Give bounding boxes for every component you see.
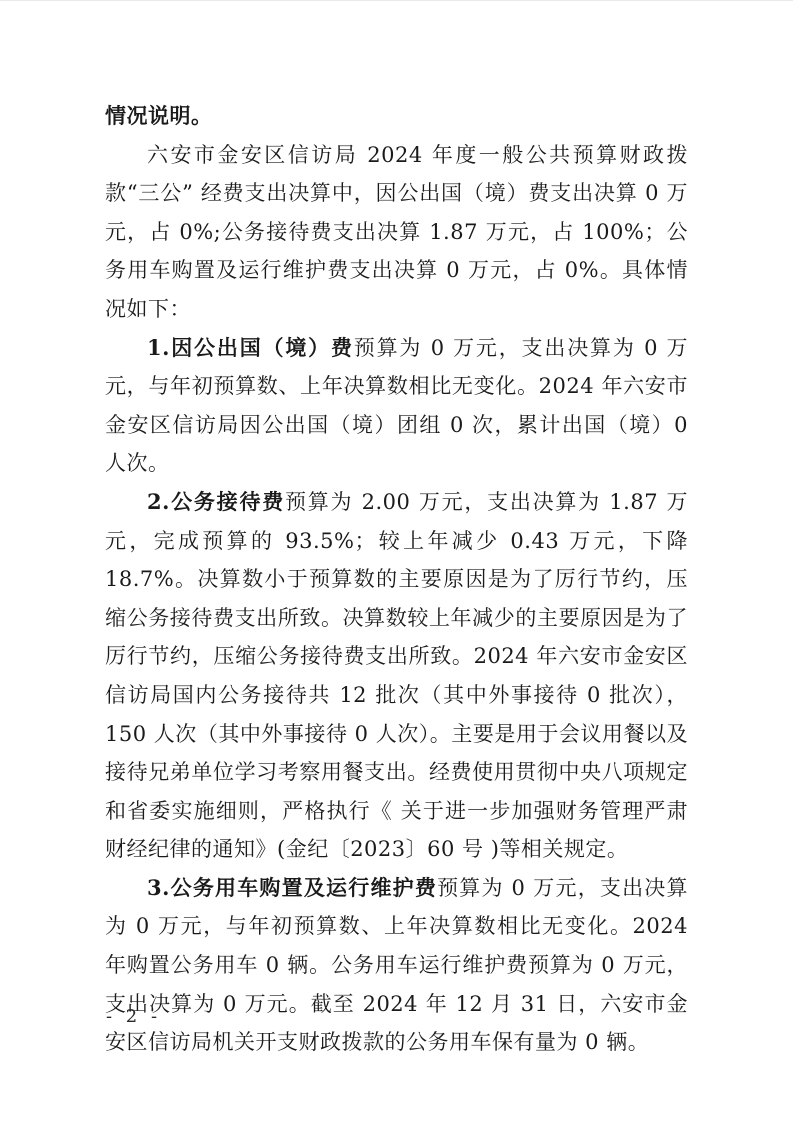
document-page: 情况说明。 六安市金安区信访局 2024 年度一般公共预算财政拨款“三公” 经费… [0,0,793,1122]
section-3-label: 3.公务用车购置及运行维护费 [147,875,437,900]
section-1-label: 1.因公出国（境）费 [147,335,354,360]
section-3-text: 预算为 0 万元，支出决算为 0 万元，与年初预算数、上年决算数相比无变化。20… [105,876,688,1054]
section-2-text: 预算为 2.00 万元，支出决算为 1.87 万元，完成预算的 93.5%；较上… [105,490,688,861]
paragraph-section-2: 2.公务接待费预算为 2.00 万元，支出决算为 1.87 万元，完成预算的 9… [105,483,688,869]
section-heading: 情况说明。 [105,97,688,136]
page-number: - 2 - [106,1003,161,1031]
paragraph-overview-text: 六安市金安区信访局 2024 年度一般公共预算财政拨款“三公” 经费支出决算中，… [105,143,688,321]
paragraph-section-1: 1.因公出国（境）费预算为 0 万元，支出决算为 0 万元，与年初预算数、上年决… [105,329,688,483]
document-body: 情况说明。 六安市金安区信访局 2024 年度一般公共预算财政拨款“三公” 经费… [105,97,688,1062]
paragraph-section-3: 3.公务用车购置及运行维护费预算为 0 万元，支出决算为 0 万元，与年初预算数… [105,869,688,1062]
section-2-label: 2.公务接待费 [147,489,285,514]
paragraph-overview: 六安市金安区信访局 2024 年度一般公共预算财政拨款“三公” 经费支出决算中，… [105,136,688,329]
